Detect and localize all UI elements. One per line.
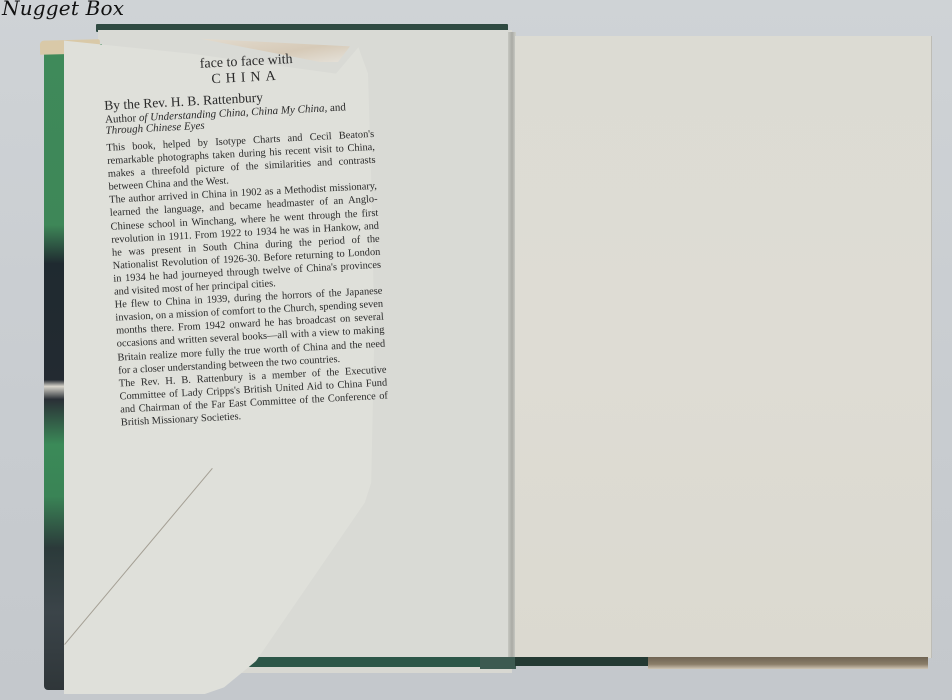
right-endpaper-page <box>515 36 931 658</box>
blurb-paragraph: The author arrived in China in 1902 as a… <box>109 180 382 299</box>
blurb-paragraph: He flew to China in 1939, during the hor… <box>114 285 386 377</box>
left-page-bottom-edge <box>220 667 512 673</box>
front-board-bottom-worn <box>648 657 928 669</box>
watermark-logo: Nugget Box <box>2 0 124 20</box>
credits-and: and <box>327 101 346 114</box>
front-board-bottom-dark <box>515 657 651 666</box>
jacket-flap-text: face to face with CHINA By the Rev. H. B… <box>102 48 389 430</box>
back-board-bottom-edge <box>226 657 512 667</box>
gutter-board-bottom <box>480 657 516 669</box>
